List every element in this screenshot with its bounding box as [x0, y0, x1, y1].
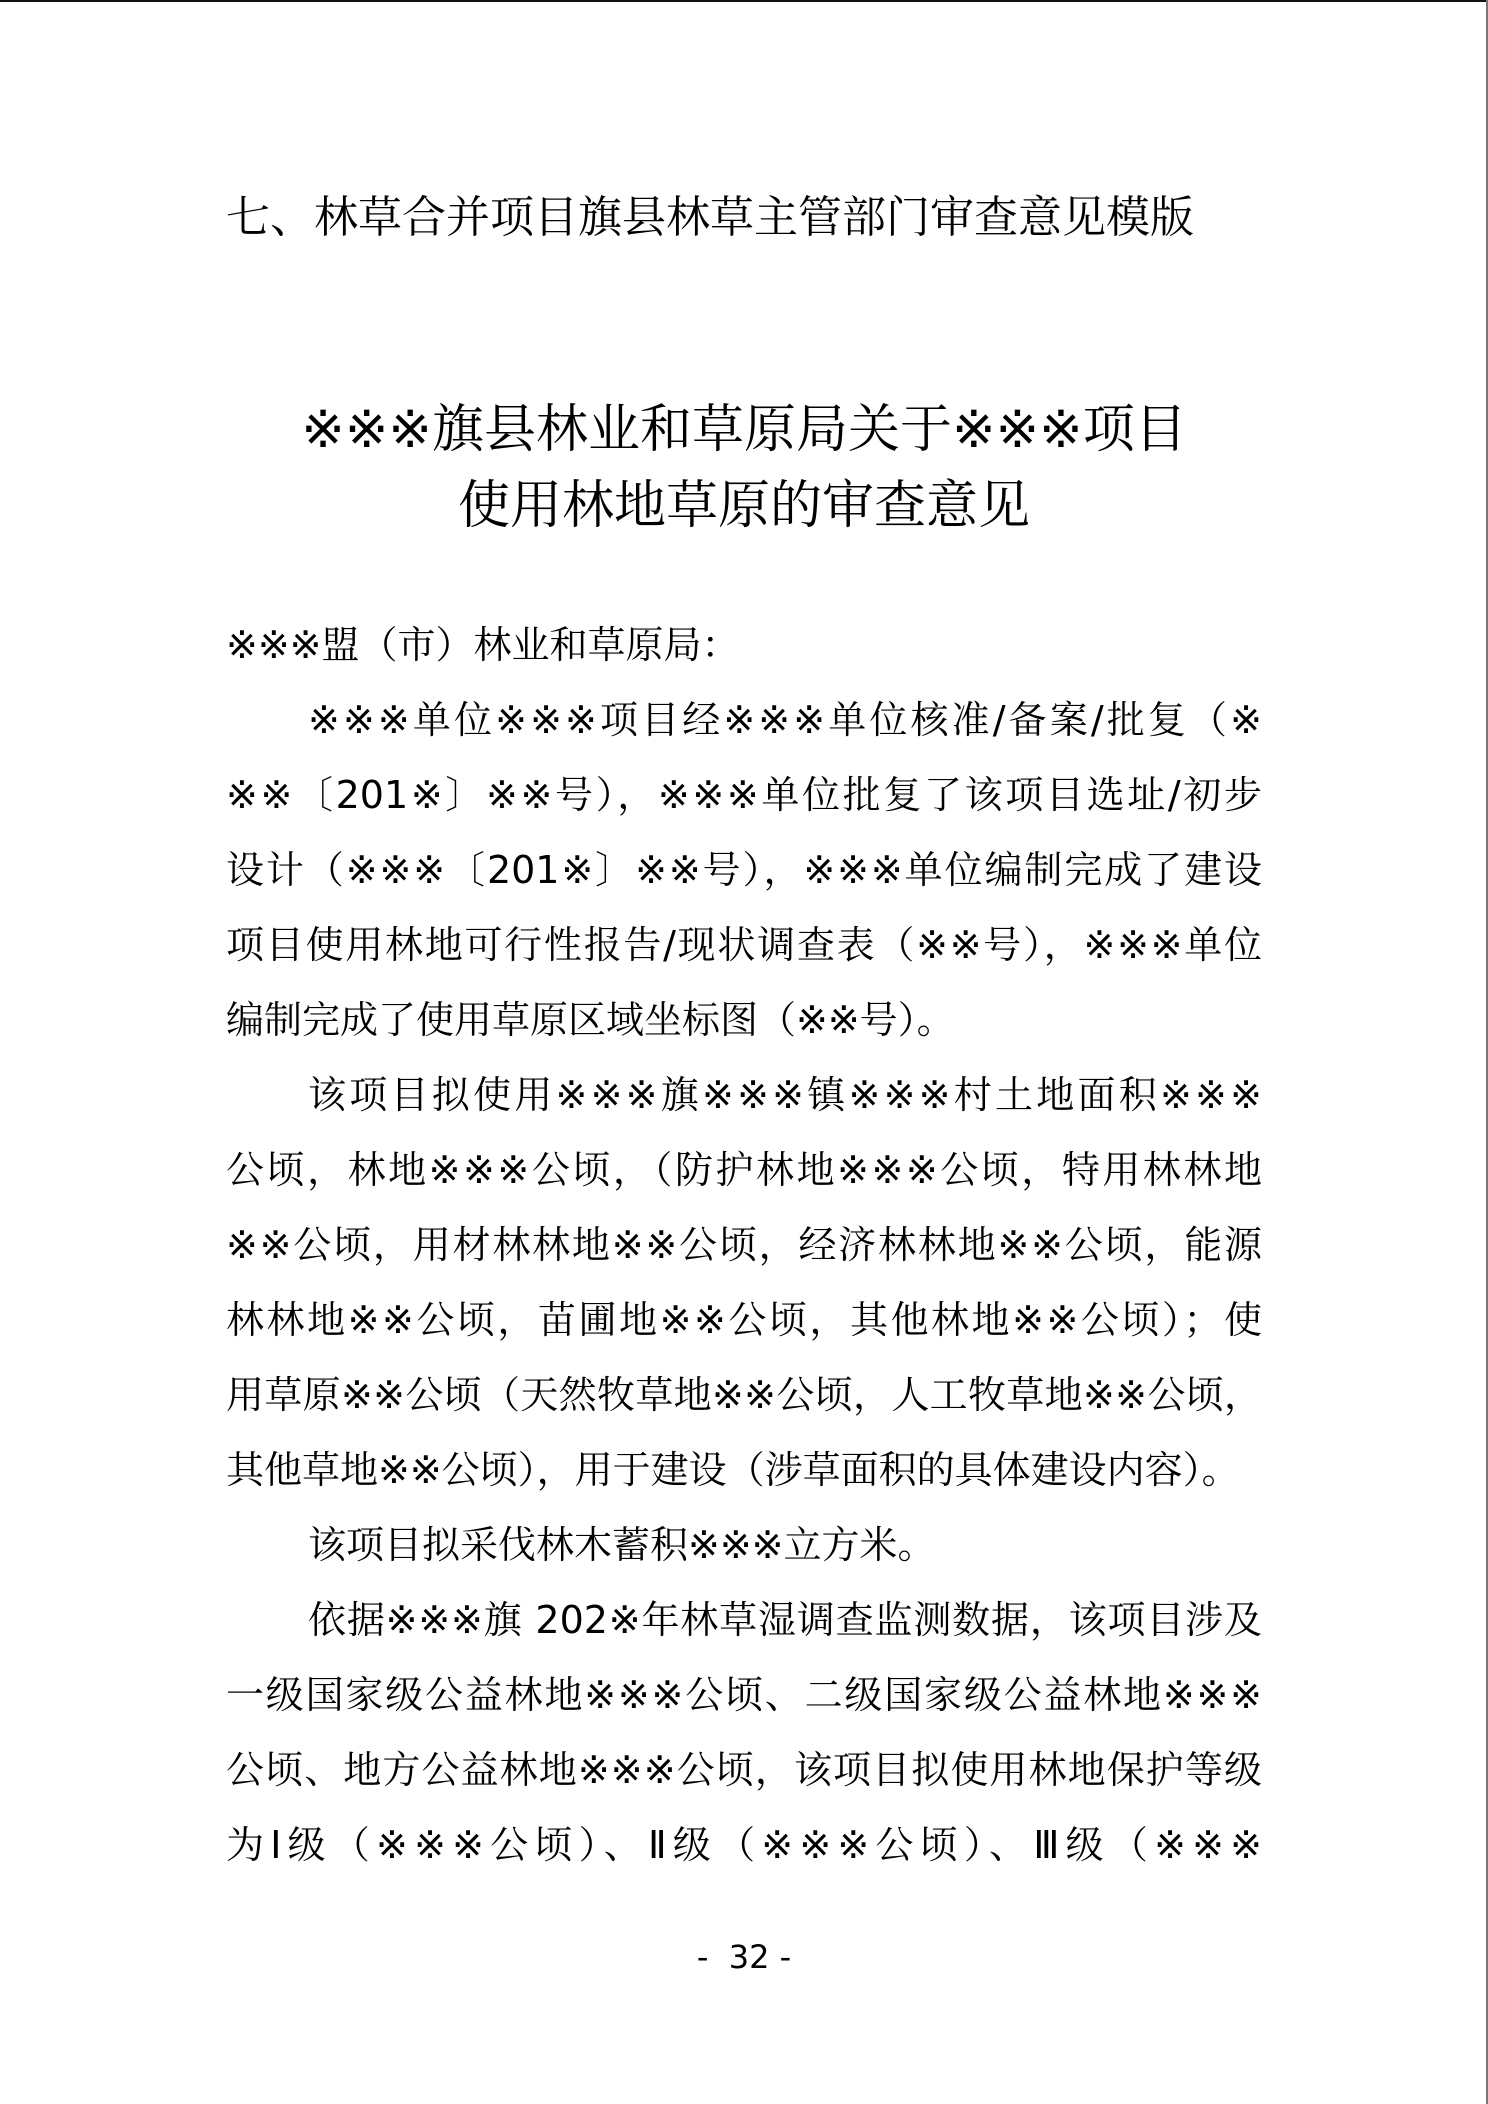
paragraph-line: ※※公顷，用材林林地※※公顷，经济林林地※※公顷，能源 [226, 1220, 1262, 1270]
paragraph-line: 林林地※※公顷，苗圃地※※公顷，其他林地※※公顷）；使 [226, 1295, 1262, 1345]
paragraph-line: 项目使用林地可行性报告/现状调查表（※※号），※※※单位 [226, 920, 1262, 970]
paragraph-line: 依据※※※旗 202※年林草湿调查监测数据，该项目涉及 [308, 1595, 1262, 1645]
paragraph-line: 用草原※※公顷（天然牧草地※※公顷，人工牧草地※※公顷， [226, 1370, 1262, 1420]
paragraph-line: 该项目拟采伐林木蓄积※※※立方米。 [308, 1520, 1262, 1570]
salutation: ※※※盟（市）林业和草原局： [226, 620, 1262, 670]
paragraph-line: 编制完成了使用草原区域坐标图（※※号）。 [226, 995, 1262, 1045]
document-title-line-1: ※※※旗县林业和草原局关于※※※项目 [0, 398, 1488, 462]
section-heading: 七、林草合并项目旗县林草主管部门审查意见模版 [226, 190, 1226, 246]
paragraph-line: 公顷、地方公益林地※※※公顷，该项目拟使用林地保护等级 [226, 1745, 1262, 1795]
paragraph-line: 公顷，林地※※※公顷，（防护林地※※※公顷，特用林林地 [226, 1145, 1262, 1195]
paragraph-line: 其他草地※※公顷），用于建设（涉草面积的具体建设内容）。 [226, 1445, 1262, 1495]
page-number: - 32 - [0, 1935, 1488, 1979]
paragraph-line: ※※〔201※〕※※号），※※※单位批复了该项目选址/初步 [226, 770, 1262, 820]
document-title-line-2: 使用林地草原的审查意见 [0, 474, 1488, 538]
paragraph-line: 一级国家级公益林地※※※公顷、二级国家级公益林地※※※ [226, 1670, 1262, 1720]
paragraph-line: ※※※单位※※※项目经※※※单位核准/备案/批复（※ [308, 695, 1262, 745]
paragraph-line: 设计（※※※〔201※〕※※号），※※※单位编制完成了建设 [226, 845, 1262, 895]
paragraph-line: 为Ⅰ级（※※※公顷）、Ⅱ级（※※※公顷）、Ⅲ级（※※※ [226, 1820, 1262, 1870]
page-top-border [0, 0, 1488, 2]
paragraph-line: 该项目拟使用※※※旗※※※镇※※※村土地面积※※※ [308, 1070, 1262, 1120]
